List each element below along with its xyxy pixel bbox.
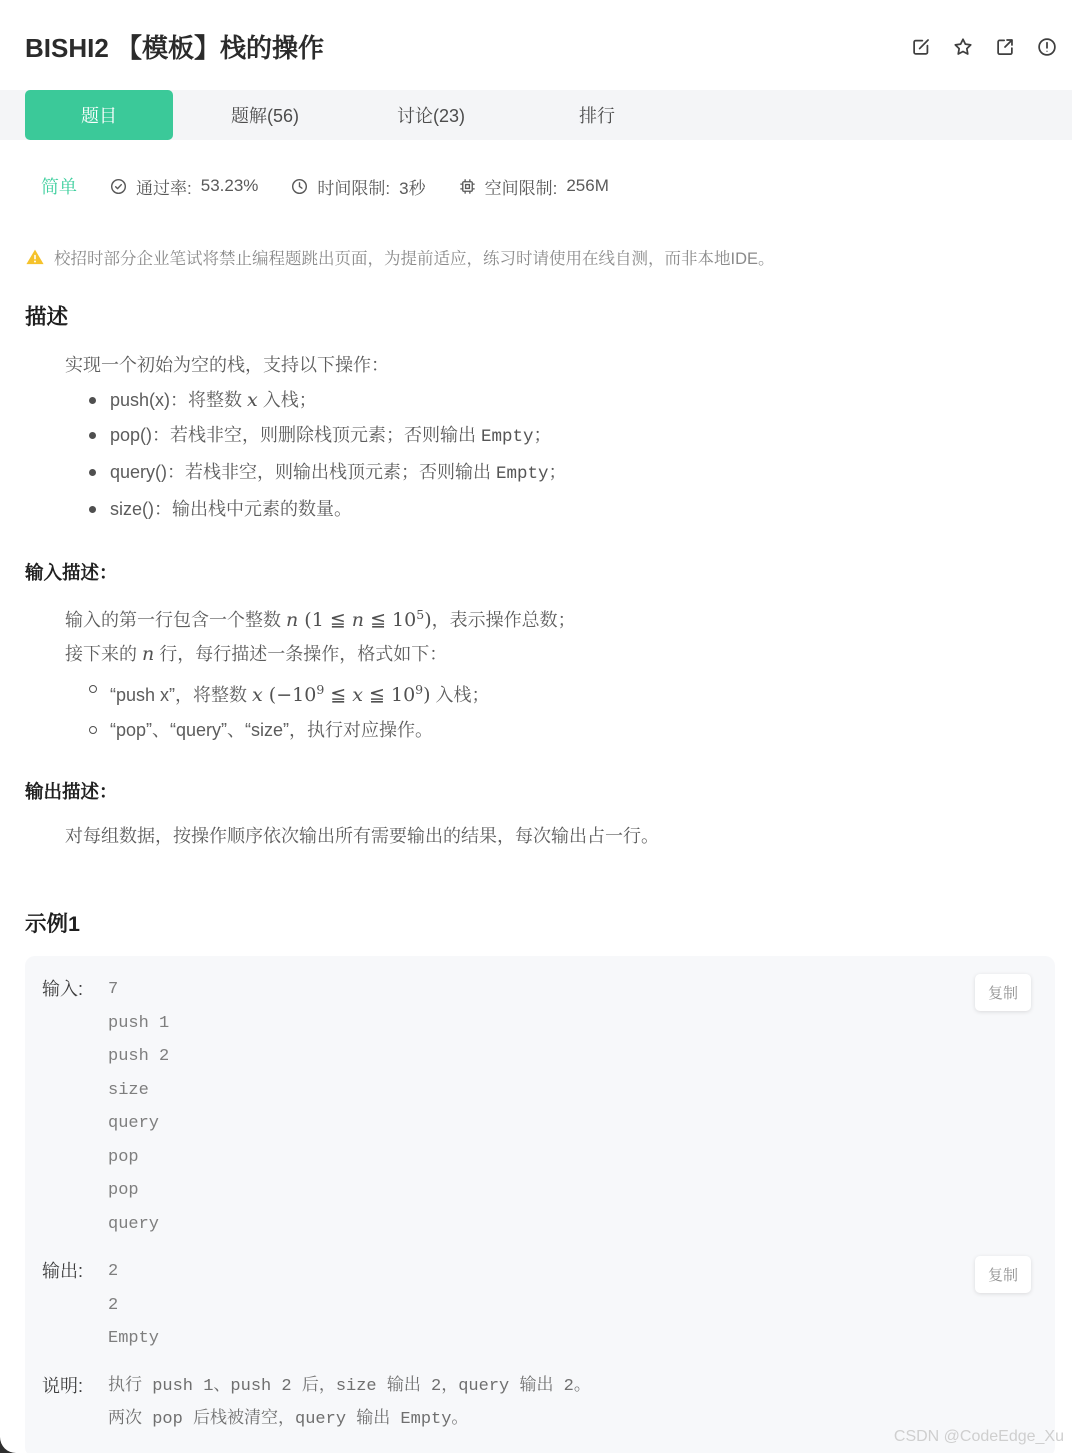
description-heading: 描述 xyxy=(25,300,1072,331)
sample-output-code: 2 2 Empty xyxy=(108,1255,159,1356)
bullet-text: 入栈； xyxy=(258,390,317,410)
text: “push x”，将整数 xyxy=(110,685,252,705)
bullet-text: query()：若栈非空，则输出栈顶元素；否则输出 xyxy=(110,462,496,482)
bullet-text: ； xyxy=(549,462,567,482)
external-link-icon[interactable] xyxy=(994,36,1016,58)
page-title: BISHI2 【模板】栈的操作 xyxy=(25,28,324,65)
sample-input-code: 7 push 1 push 2 size query pop pop query xyxy=(108,973,169,1241)
report-icon[interactable] xyxy=(1036,36,1058,58)
notice-banner: 校招时部分企业笔试将禁止编程题跳出页面，为提前适应，练习时请使用在线自测，而非本… xyxy=(25,245,1072,269)
page-header: BISHI2 【模板】栈的操作 xyxy=(0,0,1072,65)
bullet-text: push(x)：将整数 xyxy=(110,390,247,410)
star-icon[interactable] xyxy=(952,36,974,58)
difficulty-badge: 简单 xyxy=(41,173,77,199)
sample-box: 输入: 7 push 1 push 2 size query pop pop q… xyxy=(25,956,1055,1453)
input-desc-body: 输入的第一行包含一个整数 n (1 ≦ n ≦ 105)，表示操作总数； 接下来… xyxy=(65,598,1072,671)
bullet-text: size()：输出栈中元素的数量。 xyxy=(110,499,352,519)
description-intro: 实现一个初始为空的栈，支持以下操作： xyxy=(65,348,1072,382)
list-item: pop()：若栈非空，则删除栈顶元素；否则输出 Empty； xyxy=(0,418,1072,455)
list-item: query()：若栈非空，则输出栈顶元素；否则输出 Empty； xyxy=(0,455,1072,492)
sample-output-block: 输出: 2 2 Empty 复制 xyxy=(42,1255,1031,1356)
bullet-text: ； xyxy=(534,425,552,445)
code-line: push 2 xyxy=(108,1040,169,1074)
code-line: Empty xyxy=(108,1322,159,1356)
text: 接下来的 xyxy=(65,644,142,664)
sample-note-text: 执行 push 1、push 2 后，size 输出 2，query 输出 2。… xyxy=(108,1370,591,1437)
bullet-text: pop()：若栈非空，则删除栈顶元素；否则输出 xyxy=(110,425,481,445)
warning-icon xyxy=(25,247,45,267)
copy-output-button[interactable]: 复制 xyxy=(975,1256,1031,1293)
math-text: ) xyxy=(423,684,430,706)
code-line: query xyxy=(108,1208,169,1242)
math-sup: 9 xyxy=(415,682,423,697)
tab-discussion[interactable]: 讨论(23) xyxy=(357,90,505,140)
code-line: pop xyxy=(108,1174,169,1208)
text: 输入的第一行包含一个整数 xyxy=(65,610,286,630)
code-empty: Empty xyxy=(481,427,534,447)
memory-limit-value: 256M xyxy=(566,176,609,196)
clock-icon xyxy=(290,177,309,196)
description-bullets: push(x)：将整数 x 入栈； pop()：若栈非空，则删除栈顶元素；否则输… xyxy=(0,383,1072,527)
check-circle-icon xyxy=(109,177,128,196)
tab-bar: 题目 题解(56) 讨论(23) 排行 xyxy=(0,90,1072,140)
sample-note-block: 说明: 执行 push 1、push 2 后，size 输出 2，query 输… xyxy=(42,1370,1031,1437)
time-limit-value: 3秒 xyxy=(399,174,425,199)
sample-output-label: 输出: xyxy=(42,1255,108,1356)
sample-input-label: 输入: xyxy=(42,973,108,1241)
code-line: 2 xyxy=(108,1255,159,1289)
text: ，表示操作总数； xyxy=(432,610,576,630)
math-var-x: x xyxy=(352,684,363,706)
list-item: size()：输出栈中元素的数量。 xyxy=(0,492,1072,527)
math-text: (1 ≦ xyxy=(298,609,352,631)
code-line: 7 xyxy=(108,973,169,1007)
memory-limit-label: 空间限制: xyxy=(485,174,558,199)
list-item: “push x”，将整数 x (−109 ≦ x ≦ 109) 入栈； xyxy=(0,672,1072,713)
pass-rate: 通过率: 53.23% xyxy=(109,174,258,199)
code-line: query xyxy=(108,1107,169,1141)
text: “pop”、“query”、“size”，执行对应操作。 xyxy=(110,720,433,740)
math-text: (−10 xyxy=(263,684,317,706)
pass-rate-label: 通过率: xyxy=(136,174,192,199)
memory-limit: 空间限制: 256M xyxy=(458,174,609,199)
time-limit-label: 时间限制: xyxy=(317,174,390,199)
output-desc-text: 对每组数据，按操作顺序依次输出所有需要输出的结果，每次输出占一行。 xyxy=(65,819,1072,853)
tab-ranking[interactable]: 排行 xyxy=(523,90,671,140)
output-desc-heading: 输出描述： xyxy=(25,778,1072,804)
notice-text: 校招时部分企业笔试将禁止编程题跳出页面，为提前适应，练习时请使用在线自测，而非本… xyxy=(54,245,775,269)
code-line: size xyxy=(108,1074,169,1108)
math-var-n: n xyxy=(142,643,154,665)
input-desc-heading: 输入描述： xyxy=(25,559,1072,585)
edit-icon[interactable] xyxy=(910,36,932,58)
code-line: pop xyxy=(108,1141,169,1175)
tab-problem[interactable]: 题目 xyxy=(25,90,173,140)
input-desc-bullets: “push x”，将整数 x (−109 ≦ x ≦ 109) 入栈； “pop… xyxy=(0,672,1072,748)
header-actions xyxy=(910,36,1058,58)
math-text: ≦ 10 xyxy=(364,609,416,631)
text: 行，每行描述一条操作，格式如下： xyxy=(154,644,447,664)
list-item: “pop”、“query”、“size”，执行对应操作。 xyxy=(0,713,1072,748)
math-text: ) xyxy=(424,609,431,631)
sample-input-block: 输入: 7 push 1 push 2 size query pop pop q… xyxy=(42,973,1031,1241)
code-empty: Empty xyxy=(496,464,549,484)
math-var-x: x xyxy=(247,389,258,411)
watermark: CSDN @CodeEdge_Xu xyxy=(894,1428,1064,1446)
math-sup: 5 xyxy=(416,607,424,622)
copy-input-button[interactable]: 复制 xyxy=(975,974,1031,1011)
time-limit: 时间限制: 3秒 xyxy=(290,174,425,199)
code-line: push 1 xyxy=(108,1007,169,1041)
math-text: ≦ 10 xyxy=(363,684,415,706)
pass-rate-value: 53.23% xyxy=(201,176,259,196)
math-var-n: n xyxy=(352,609,364,631)
sample-heading: 示例1 xyxy=(25,907,1072,938)
meta-row: 简单 通过率: 53.23% 时间限制: 3秒 空间限制: 256M xyxy=(41,173,1072,199)
note-line: 执行 push 1、push 2 后，size 输出 2，query 输出 2。 xyxy=(108,1370,591,1404)
sample-note-label: 说明: xyxy=(42,1370,108,1437)
input-desc-line2: 接下来的 n 行，每行描述一条操作，格式如下： xyxy=(65,637,1072,671)
math-text: ≦ xyxy=(324,684,352,706)
math-var-n: n xyxy=(286,609,298,631)
input-desc-line1: 输入的第一行包含一个整数 n (1 ≦ n ≦ 105)，表示操作总数； xyxy=(65,598,1072,637)
window-corner xyxy=(0,1437,16,1453)
tab-solutions[interactable]: 题解(56) xyxy=(191,90,339,140)
note-line: 两次 pop 后栈被清空，query 输出 Empty。 xyxy=(108,1403,591,1437)
math-var-x: x xyxy=(252,684,263,706)
code-line: 2 xyxy=(108,1289,159,1323)
text: 入栈； xyxy=(431,685,490,705)
chip-icon xyxy=(458,177,477,196)
list-item: push(x)：将整数 x 入栈； xyxy=(0,383,1072,418)
